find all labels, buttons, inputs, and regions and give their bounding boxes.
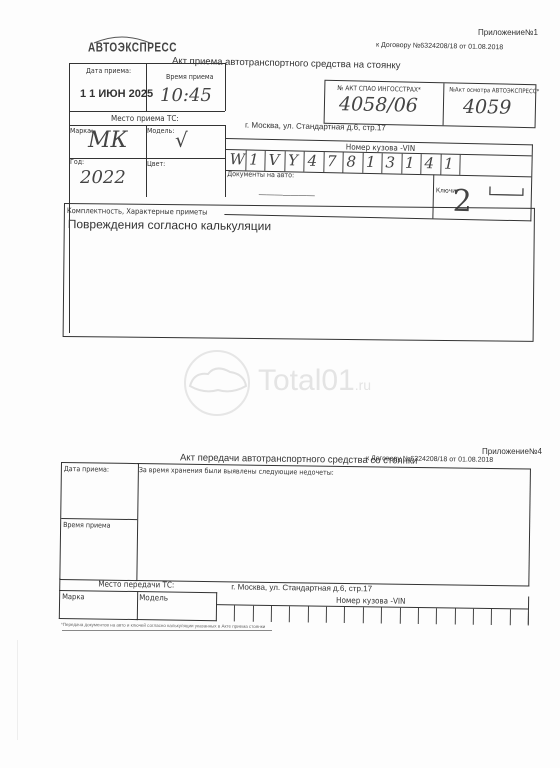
model-label: Модель:: [147, 127, 174, 135]
handover-vin-row: [216, 604, 528, 625]
act-avto-label: №Акт осмотра АВТОЭКСПРЕСС*: [449, 86, 539, 95]
keys-bracket-icon: [487, 184, 527, 199]
defects-box: За время хранения были выявлены следующи…: [135, 463, 531, 586]
vin-cell-empty: [326, 607, 346, 623]
vin-char: W: [229, 150, 245, 168]
vin-cell-empty: [454, 609, 474, 625]
appendix-label: Приложение№1: [478, 28, 538, 37]
date-stamp: 1 1 ИЮН 2025: [80, 88, 153, 100]
docs-label: Документы на авто:: [227, 170, 294, 179]
handover-vin-label: Номер кузова -VIN: [336, 596, 405, 606]
vin-char: 4: [307, 152, 317, 170]
color-label: Цвет:: [147, 160, 165, 168]
time-label: Время приема: [166, 73, 213, 81]
handover-date-label: Дата приема:: [64, 465, 109, 474]
defects-label: За время хранения были выявлены следующи…: [139, 466, 334, 477]
vin-cell-empty: [363, 607, 383, 623]
vin-cell: 4: [303, 152, 324, 172]
vin-char: 1: [249, 150, 259, 168]
vin-cell: 7: [323, 152, 344, 172]
vin-cell-empty: [308, 606, 328, 622]
watermark: [182, 348, 252, 423]
vin-cell-empty: [234, 605, 254, 621]
vin-char: 4: [424, 154, 434, 172]
time-value: 10:45: [160, 85, 212, 106]
model-value: √: [175, 128, 188, 152]
docs-value: ———————: [259, 190, 315, 200]
year-label: Год:: [70, 158, 84, 166]
vin-cell-empty: [216, 605, 236, 621]
vin-char: 1: [405, 154, 415, 172]
features-value: Повреждения согласно калькуляции: [68, 217, 271, 233]
handover-brand-label: Марка: [62, 592, 85, 601]
vin-cell: 1: [245, 150, 266, 170]
vin-cell-empty: [436, 608, 456, 624]
vin-cell-empty: [509, 609, 529, 625]
contract-reference: к Договору №6324208/18 от 01.08.2018: [376, 42, 503, 52]
features-label: Комплектность, Характерные приметы: [67, 206, 208, 216]
vin-cell-empty: [289, 606, 309, 622]
vin-cell: 4: [420, 154, 441, 174]
place-value: г. Москва, ул. Стандартная д.6, стр.17: [245, 121, 386, 133]
vin-cell: V: [264, 151, 285, 171]
handover-model-label: Модель: [139, 593, 168, 602]
vin-cell-empty: [418, 608, 438, 624]
handover-place-label: Место передачи ТС:: [98, 580, 174, 590]
appendix-label-2: Приложение№4: [482, 447, 542, 456]
date-label: Дата приема:: [86, 67, 131, 75]
handover-table: Дата приема: Время приема За время хране…: [59, 462, 531, 627]
handover-time-label: Время приема: [63, 521, 111, 530]
vin-cell-empty: [252, 606, 272, 622]
vin-char: 1: [444, 155, 454, 173]
footnote: *Передача документов на авто и ключей со…: [61, 622, 265, 629]
vin-cell-empty: [271, 606, 291, 622]
vin-cell: 8: [342, 152, 363, 172]
act-numbers-box: № АКТ СПАО ИНГОССТРАХ* 4058/06 №Акт осмо…: [324, 80, 537, 128]
vin-cell: Y: [284, 151, 305, 171]
vin-cell: 1: [401, 154, 422, 174]
watermark-text: Total01.ru: [258, 364, 371, 398]
vin-char: 1: [366, 153, 376, 171]
features-box: Комплектность, Характерные приметы Повре…: [63, 203, 535, 342]
vin-char: V: [268, 151, 279, 169]
watermark-car-icon: [182, 348, 252, 418]
year-value: 2022: [80, 167, 126, 188]
vin-char: 3: [385, 153, 395, 171]
act-avto-value: 4059: [463, 96, 512, 119]
vin-cell-empty: [491, 609, 511, 625]
vin-char: 7: [327, 152, 337, 170]
logo-arc-icon: [92, 34, 152, 44]
place-label: Место приема ТС:: [111, 114, 179, 123]
vin-char: Y: [288, 151, 298, 169]
vin-cell: 3: [381, 153, 402, 173]
vin-cell-empty: [344, 607, 364, 623]
vin-cell-empty: [399, 608, 419, 624]
vin-cell: 1: [440, 154, 461, 174]
vin-cell-empty: [473, 609, 493, 625]
vin-cell: W: [225, 150, 246, 170]
vin-char: 8: [346, 153, 356, 171]
brand-value: МК: [88, 128, 128, 153]
vin-cell: 1: [362, 153, 383, 173]
act-ingos-value: 4058/06: [339, 93, 418, 117]
vin-cell-empty: [381, 607, 401, 623]
